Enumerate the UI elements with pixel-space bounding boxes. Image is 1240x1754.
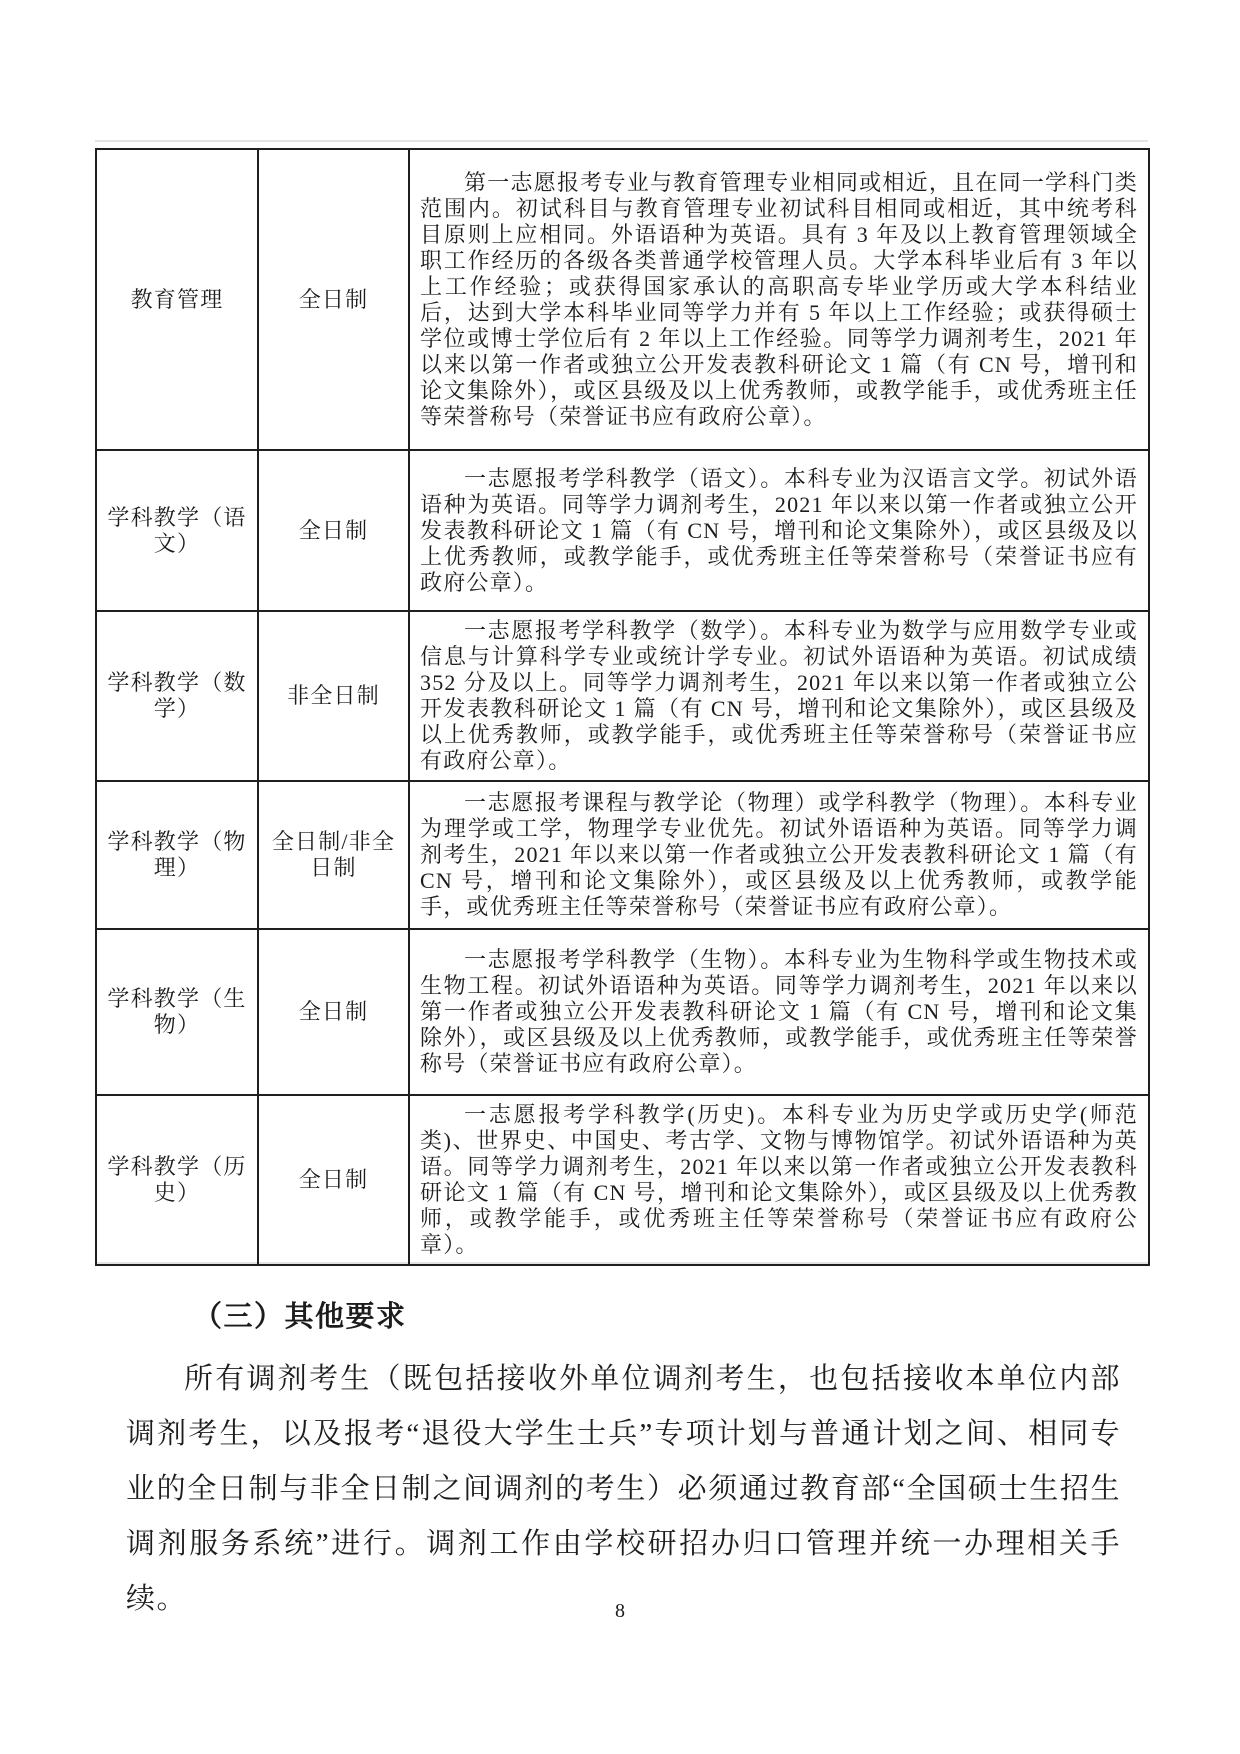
adjustment-requirements-table: 教育管理 全日制 第一志愿报考专业与教育管理专业相同或相近，且在同一学科门类范围… — [95, 148, 1150, 1266]
major-cell: 学科教学（语文） — [96, 450, 258, 611]
requirement-cell: 一志愿报考学科教学（生物）。本科专业为生物科学或生物技术或生物工程。初试外语语种… — [409, 929, 1149, 1095]
requirement-cell: 一志愿报考课程与教学论（物理）或学科教学（物理）。本科专业为理学或工学，物理学专… — [409, 781, 1149, 929]
table-row: 学科教学（数学） 非全日制 一志愿报考学科教学（数学）。本科专业为数学与应用数学… — [96, 611, 1149, 781]
requirement-cell: 一志愿报考学科教学（语文）。本科专业为汉语言文学。初试外语语种为英语。同等学力调… — [409, 450, 1149, 611]
study-mode-cell: 全日制 — [258, 929, 409, 1095]
major-cell: 学科教学（物理） — [96, 781, 258, 929]
table-row: 学科教学（生物） 全日制 一志愿报考学科教学（生物）。本科专业为生物科学或生物技… — [96, 929, 1149, 1095]
page-number: 8 — [0, 1600, 1240, 1623]
table-row: 教育管理 全日制 第一志愿报考专业与教育管理专业相同或相近，且在同一学科门类范围… — [96, 149, 1149, 450]
section-paragraph: 所有调剂考生（既包括接收外单位调剂考生，也包括接收本单位内部调剂考生，以及报考“… — [126, 1352, 1121, 1627]
table-row: 学科教学（物理） 全日制/非全日制 一志愿报考课程与教学论（物理）或学科教学（物… — [96, 781, 1149, 929]
requirement-cell: 第一志愿报考专业与教育管理专业相同或相近，且在同一学科门类范围内。初试科目与教育… — [409, 149, 1149, 450]
section-heading: （三）其他要求 — [193, 1294, 407, 1335]
major-cell: 学科教学（生物） — [96, 929, 258, 1095]
study-mode-cell: 全日制 — [258, 149, 409, 450]
study-mode-cell: 非全日制 — [258, 611, 409, 781]
study-mode-cell: 全日制 — [258, 450, 409, 611]
major-cell: 学科教学（数学） — [96, 611, 258, 781]
major-cell: 学科教学（历史） — [96, 1095, 258, 1265]
study-mode-cell: 全日制 — [258, 1095, 409, 1265]
major-cell: 教育管理 — [96, 149, 258, 450]
requirement-cell: 一志愿报考学科教学(历史)。本科专业为历史学或历史学(师范类)、世界史、中国史、… — [409, 1095, 1149, 1265]
table-row: 学科教学（语文） 全日制 一志愿报考学科教学（语文）。本科专业为汉语言文学。初试… — [96, 450, 1149, 611]
table-row: 学科教学（历史） 全日制 一志愿报考学科教学(历史)。本科专业为历史学或历史学(… — [96, 1095, 1149, 1265]
study-mode-cell: 全日制/非全日制 — [258, 781, 409, 929]
document-page: 教育管理 全日制 第一志愿报考专业与教育管理专业相同或相近，且在同一学科门类范围… — [0, 0, 1240, 1754]
scan-artifact-line — [95, 140, 1148, 142]
requirement-cell: 一志愿报考学科教学（数学）。本科专业为数学与应用数学专业或信息与计算科学专业或统… — [409, 611, 1149, 781]
